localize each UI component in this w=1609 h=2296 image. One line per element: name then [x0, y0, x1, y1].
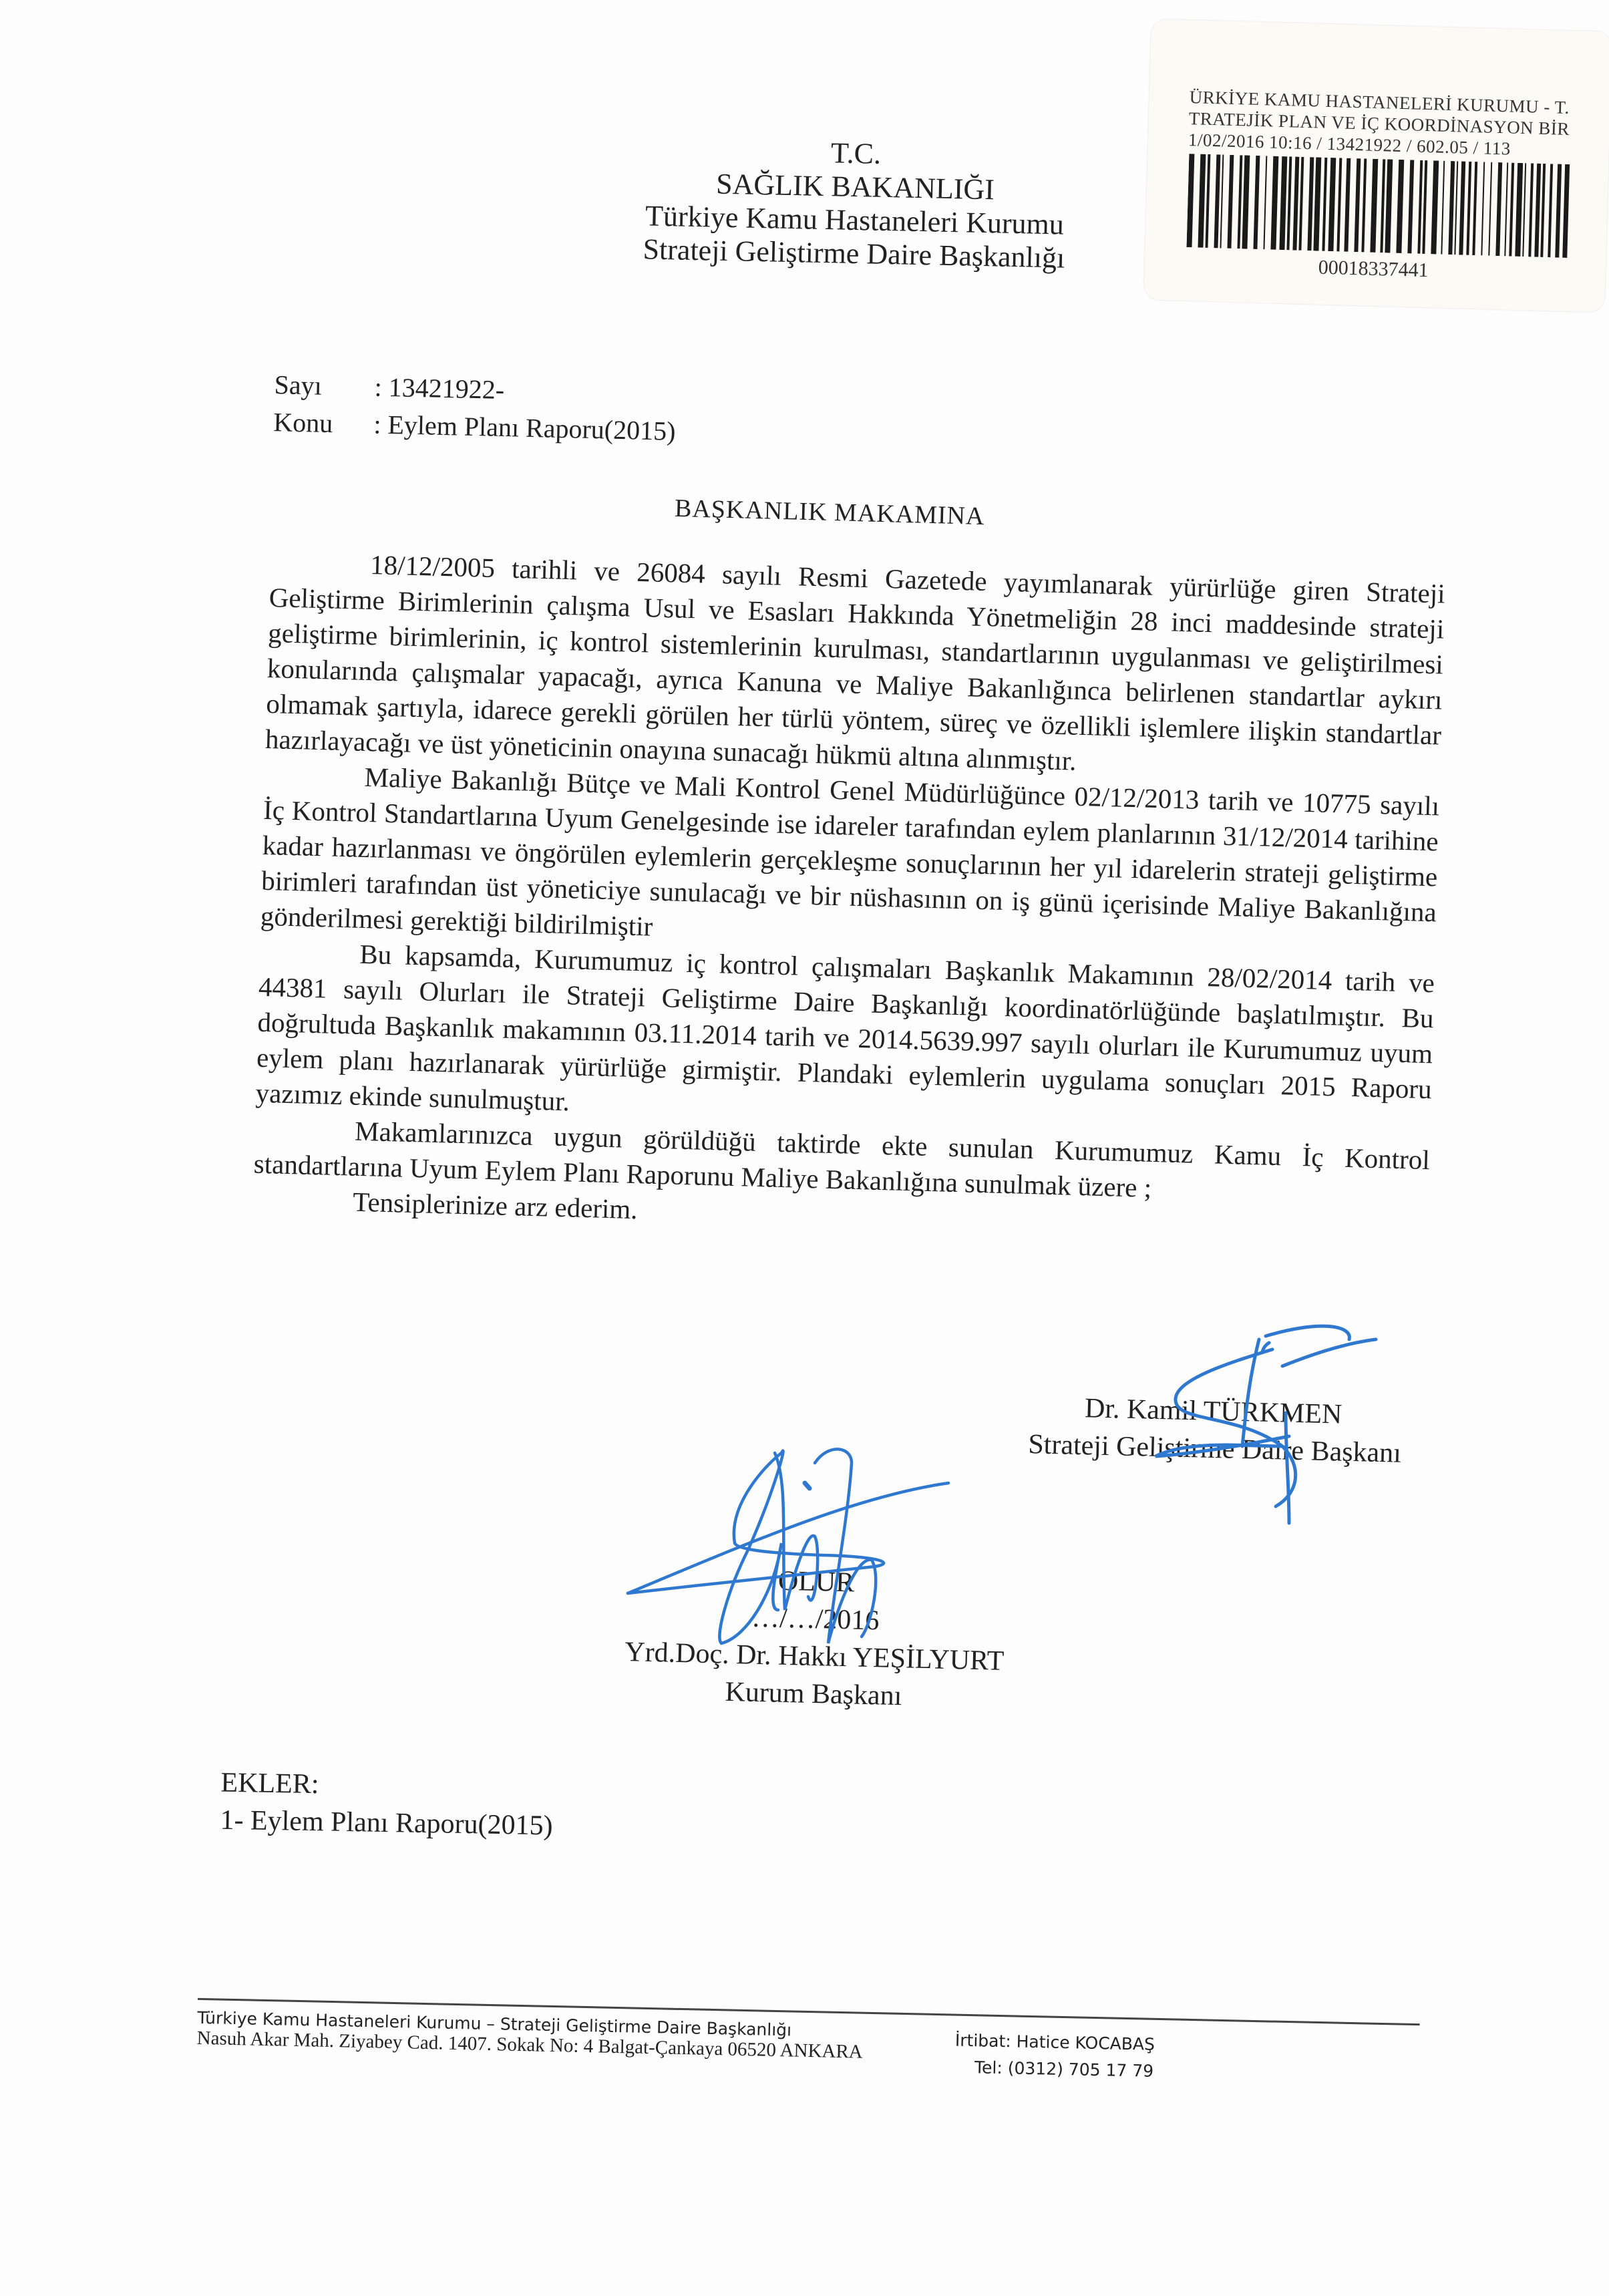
barcode-number: 00018337441: [1318, 257, 1429, 283]
attachment-item: 1- Eylem Planı Raporu(2015): [220, 1802, 553, 1845]
document-page: ÜRKİYE KAMU HASTANELERİ KURUMU - T. TRAT…: [0, 0, 1609, 2296]
paragraph-1: 18/12/2005 tarihli ve 26084 sayılı Resmi…: [264, 544, 1445, 788]
addressee: BAŞKANLIK MAKAMINA: [675, 494, 985, 531]
konu-label: Konu: [273, 403, 374, 443]
approval-block: OLUR …/…/2016 Yrd.Doç. Dr. Hakkı YEŞİLYU…: [606, 1558, 1023, 1717]
sayi-value: : 13421922-: [374, 369, 505, 409]
document-meta: Sayı : 13421922- Konu : Eylem Planı Rapo…: [273, 366, 677, 450]
letter-body: 18/12/2005 tarihli ve 26084 sayılı Resmi…: [252, 544, 1446, 1249]
paragraph-2: Maliye Bakanlığı Bütçe ve Mali Kontrol G…: [260, 757, 1440, 966]
footer-phone: Tel: (0312) 705 17 79: [954, 2054, 1155, 2085]
attachments: EKLER: 1- Eylem Planı Raporu(2015): [220, 1764, 554, 1845]
konu-value: : Eylem Planı Raporu(2015): [373, 406, 676, 450]
sayi-label: Sayı: [274, 366, 375, 405]
paragraph-3: Bu kapsamda, Kurumumuz iç kontrol çalışm…: [255, 934, 1435, 1143]
footer: Türkiye Kamu Hastaneleri Kurumu – Strate…: [196, 1998, 1419, 2075]
barcode-sticker: ÜRKİYE KAMU HASTANELERİ KURUMU - T. TRAT…: [1143, 19, 1609, 312]
attachments-heading: EKLER:: [220, 1764, 554, 1808]
footer-contact: İrtibat: Hatice KOCABAŞ: [955, 2027, 1155, 2058]
barcode-icon: [1186, 154, 1570, 258]
signatory-block: Dr. Kamil TÜRKMEN Strateji Geliştirme Da…: [1028, 1388, 1403, 1472]
footer-contact-block: İrtibat: Hatice KOCABAŞ Tel: (0312) 705 …: [954, 2027, 1155, 2085]
letterhead: T.C. SAĞLIK BAKANLIĞI Türkiye Kamu Hasta…: [600, 132, 1110, 276]
